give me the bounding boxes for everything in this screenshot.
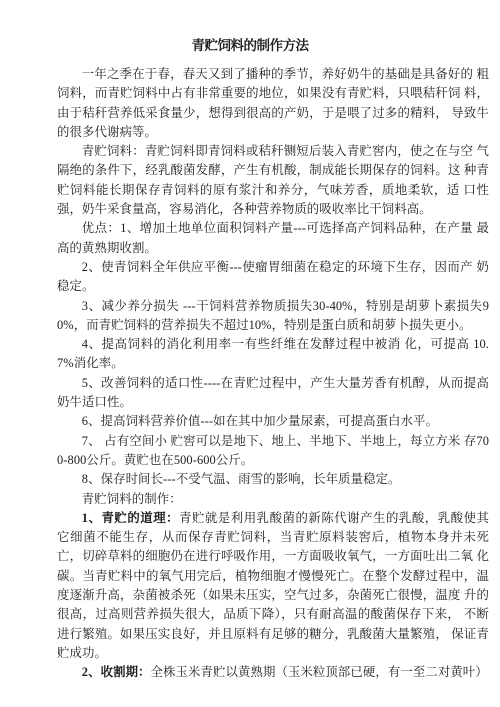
paragraph: 一年之季在于春，春天又到了播种的季节，养好奶牛的基础是具备好的 粗饲料，而青贮饲… bbox=[57, 65, 489, 142]
paragraph: 1、青贮的道理：青贮就是利用乳酸菌的新陈代谢产生的乳酸，乳酸使其 它细菌不能生存… bbox=[57, 509, 489, 663]
paragraph-lead: 2、收割期： bbox=[82, 665, 151, 679]
paragraph: 5、改善饲料的适口性----在青贮过程中，产生大量芳香有机醇，从而提高奶牛适口性… bbox=[57, 374, 489, 413]
paragraph-text: 8、保存时间长---不受气温、雨雪的影响，长年质量稳定。 bbox=[82, 472, 401, 486]
paragraph: 2、使青饲料全年供应平衡---使瘤胃细菌在稳定的环境下生存，因而产 奶稳定。 bbox=[57, 258, 489, 297]
paragraph: 7、 占有空间小 贮窖可以是地下、地上、半地下、半地上，每立方米 存700-80… bbox=[57, 432, 489, 471]
document-page: 青贮饲料的制作方法 一年之季在于春，春天又到了播种的季节，养好奶牛的基础是具备好… bbox=[0, 0, 500, 707]
paragraph-text: 3、减少养分损失 ---干饲料营养物质损失30-40%，特别是胡萝卜素损失90%… bbox=[57, 299, 489, 332]
paragraph-text: 4、提高饲料的消化利用率一有些纤维在发酵过程中被消 化，可提高 10.7%消化率… bbox=[57, 337, 489, 370]
paragraph-text: 优点：1、增加土地单位面积饲料产量---可选择高产饲料品种，在产量 最高的黄熟期… bbox=[57, 221, 489, 254]
paragraph: 3、减少养分损失 ---干饲料营养物质损失30-40%，特别是胡萝卜素损失90%… bbox=[57, 297, 489, 336]
paragraph: 青贮饲料的制作： bbox=[57, 490, 489, 509]
paragraph: 2、收割期：全株玉米青贮以黄熟期（玉米粒顶部已硬，有一至二对黄叶） bbox=[57, 663, 489, 682]
paragraph-text: 5、改善饲料的适口性----在青贮过程中，产生大量芳香有机醇，从而提高奶牛适口性… bbox=[57, 376, 489, 409]
document-title: 青贮饲料的制作方法 bbox=[0, 37, 500, 55]
paragraph-text: 青贮饲料：青贮饲料即青饲料或秸秆铡短后装入青贮窖内，使之在与空 气隔绝的条件下，… bbox=[57, 144, 489, 216]
paragraph-lead: 1、青贮的道理： bbox=[82, 511, 179, 525]
paragraph: 6、提高饲料营养价值---如在其中加少量尿素，可提高蛋白水平。 bbox=[57, 412, 489, 431]
document-body: 一年之季在于春，春天又到了播种的季节，养好奶牛的基础是具备好的 粗饲料，而青贮饲… bbox=[0, 65, 500, 683]
paragraph: 优点：1、增加土地单位面积饲料产量---可选择高产饲料品种，在产量 最高的黄熟期… bbox=[57, 219, 489, 258]
paragraph: 8、保存时间长---不受气温、雨雪的影响，长年质量稳定。 bbox=[57, 470, 489, 489]
paragraph: 4、提高饲料的消化利用率一有些纤维在发酵过程中被消 化，可提高 10.7%消化率… bbox=[57, 335, 489, 374]
paragraph-text: 7、 占有空间小 贮窖可以是地下、地上、半地下、半地上，每立方米 存700-80… bbox=[57, 434, 489, 467]
paragraph-text: 一年之季在于春，春天又到了播种的季节，养好奶牛的基础是具备好的 粗饲料，而青贮饲… bbox=[57, 67, 489, 139]
paragraph-text: 全株玉米青贮以黄熟期（玉米粒顶部已硬，有一至二对黄叶） bbox=[151, 665, 488, 679]
paragraph: 青贮饲料：青贮饲料即青饲料或秸秆铡短后装入青贮窖内，使之在与空 气隔绝的条件下，… bbox=[57, 142, 489, 219]
paragraph-text: 2、使青饲料全年供应平衡---使瘤胃细菌在稳定的环境下生存，因而产 奶稳定。 bbox=[57, 260, 489, 293]
paragraph-text: 青贮就是利用乳酸菌的新陈代谢产生的乳酸，乳酸使其 它细菌不能生存，从而保存青贮饲… bbox=[57, 511, 489, 660]
paragraph-text: 青贮饲料的制作： bbox=[82, 492, 182, 506]
paragraph-text: 6、提高饲料营养价值---如在其中加少量尿素，可提高蛋白水平。 bbox=[82, 414, 438, 428]
